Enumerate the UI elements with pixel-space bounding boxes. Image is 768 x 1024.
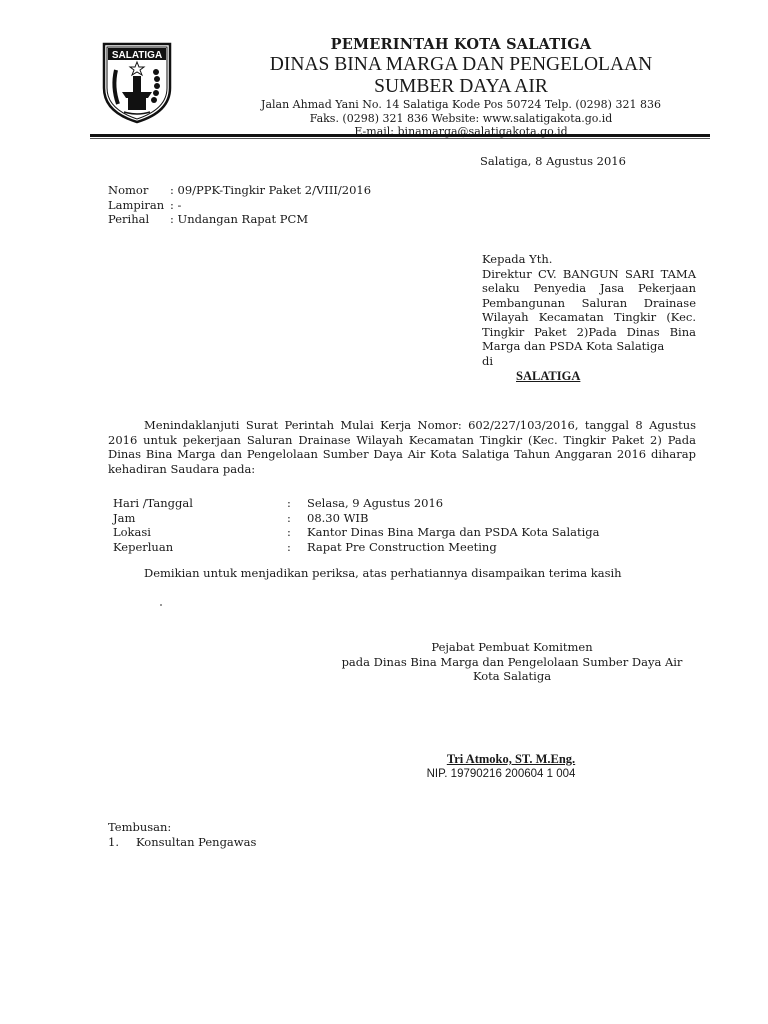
signer-block: Tri Atmoko, ST. M.Eng. NIP. 19790216 200… [386, 752, 636, 781]
signature-title-block: Pejabat Pembuat Komitmen pada Dinas Bina… [302, 640, 722, 684]
meta-value: : Undangan Rapat PCM [170, 212, 308, 227]
recipient-di: di [482, 354, 696, 369]
detail-value: Rapat Pre Construction Meeting [307, 540, 497, 555]
recipient-address: Direktur CV. BANGUN SARI TAMA selaku Pen… [482, 267, 696, 354]
fax-website-line: Faks. (0298) 321 836 Website: www.salati… [222, 112, 700, 126]
carbon-copy: Tembusan: 1. Konsultan Pengawas [108, 820, 256, 849]
detail-row-purpose: Keperluan : Rapat Pre Construction Meeti… [113, 540, 600, 555]
cc-item-number: 1. [108, 835, 136, 850]
closing-sentence: Demikian untuk menjadikan periksa, atas … [144, 566, 622, 581]
detail-separator: : [287, 540, 307, 555]
recipient-city: SALATIGA [516, 369, 696, 384]
letter-body: Menindaklanjuti Surat Perintah Mulai Ker… [108, 418, 696, 476]
detail-label: Jam [113, 511, 287, 526]
detail-separator: : [287, 496, 307, 511]
city-emblem-logo: SALATIGA [100, 42, 174, 124]
shield-icon: SALATIGA [100, 42, 174, 124]
signature-title-3: Kota Salatiga [302, 669, 722, 684]
letter-date: Salatiga, 8 Agustus 2016 [480, 154, 626, 169]
signer-nip: NIP. 19790216 200604 1 004 [366, 767, 636, 781]
cc-heading: Tembusan: [108, 820, 256, 835]
address-line: Jalan Ahmad Yani No. 14 Salatiga Kode Po… [222, 98, 700, 112]
detail-label: Keperluan [113, 540, 287, 555]
stray-mark [160, 604, 162, 606]
agency-name-line1: DINAS BINA MARGA DAN PENGELOLAAN [222, 54, 700, 76]
detail-label: Lokasi [113, 525, 287, 540]
body-paragraph: Menindaklanjuti Surat Perintah Mulai Ker… [108, 418, 696, 476]
government-name: PEMERINTAH KOTA SALATIGA [222, 36, 700, 54]
signer-name: Tri Atmoko, ST. M.Eng. [386, 752, 636, 767]
detail-value: Kantor Dinas Bina Marga dan PSDA Kota Sa… [307, 525, 600, 540]
detail-value: 08.30 WIB [307, 511, 368, 526]
meeting-details: Hari /Tanggal : Selasa, 9 Agustus 2016 J… [113, 496, 600, 554]
meta-row-nomor: Nomor : 09/PPK-Tingkir Paket 2/VIII/2016 [108, 183, 371, 198]
meta-row-perihal: Perihal : Undangan Rapat PCM [108, 212, 371, 227]
recipient-greeting: Kepada Yth. [482, 252, 696, 267]
cc-item-text: Konsultan Pengawas [136, 835, 256, 850]
signature-title-1: Pejabat Pembuat Komitmen [302, 640, 722, 655]
detail-separator: : [287, 525, 307, 540]
detail-separator: : [287, 511, 307, 526]
meta-value: : - [170, 198, 181, 213]
meta-value: : 09/PPK-Tingkir Paket 2/VIII/2016 [170, 183, 371, 198]
svg-text:SALATIGA: SALATIGA [112, 50, 162, 61]
detail-row-location: Lokasi : Kantor Dinas Bina Marga dan PSD… [113, 525, 600, 540]
signature-title-2: pada Dinas Bina Marga dan Pengelolaan Su… [302, 655, 722, 670]
meta-label: Nomor [108, 183, 170, 198]
recipient-block: Kepada Yth. Direktur CV. BANGUN SARI TAM… [482, 252, 696, 384]
detail-label: Hari /Tanggal [113, 496, 287, 511]
letterhead: PEMERINTAH KOTA SALATIGA DINAS BINA MARG… [222, 36, 700, 139]
agency-name-line2: SUMBER DAYA AIR [222, 76, 700, 98]
letterhead-divider-thin [90, 138, 710, 139]
detail-row-date: Hari /Tanggal : Selasa, 9 Agustus 2016 [113, 496, 600, 511]
letter-meta: Nomor : 09/PPK-Tingkir Paket 2/VIII/2016… [108, 183, 371, 227]
letterhead-divider-thick [90, 134, 710, 137]
meta-label: Perihal [108, 212, 170, 227]
meta-label: Lampiran [108, 198, 170, 213]
detail-row-time: Jam : 08.30 WIB [113, 511, 600, 526]
meta-row-lampiran: Lampiran : - [108, 198, 371, 213]
detail-value: Selasa, 9 Agustus 2016 [307, 496, 443, 511]
cc-item: 1. Konsultan Pengawas [108, 835, 256, 850]
